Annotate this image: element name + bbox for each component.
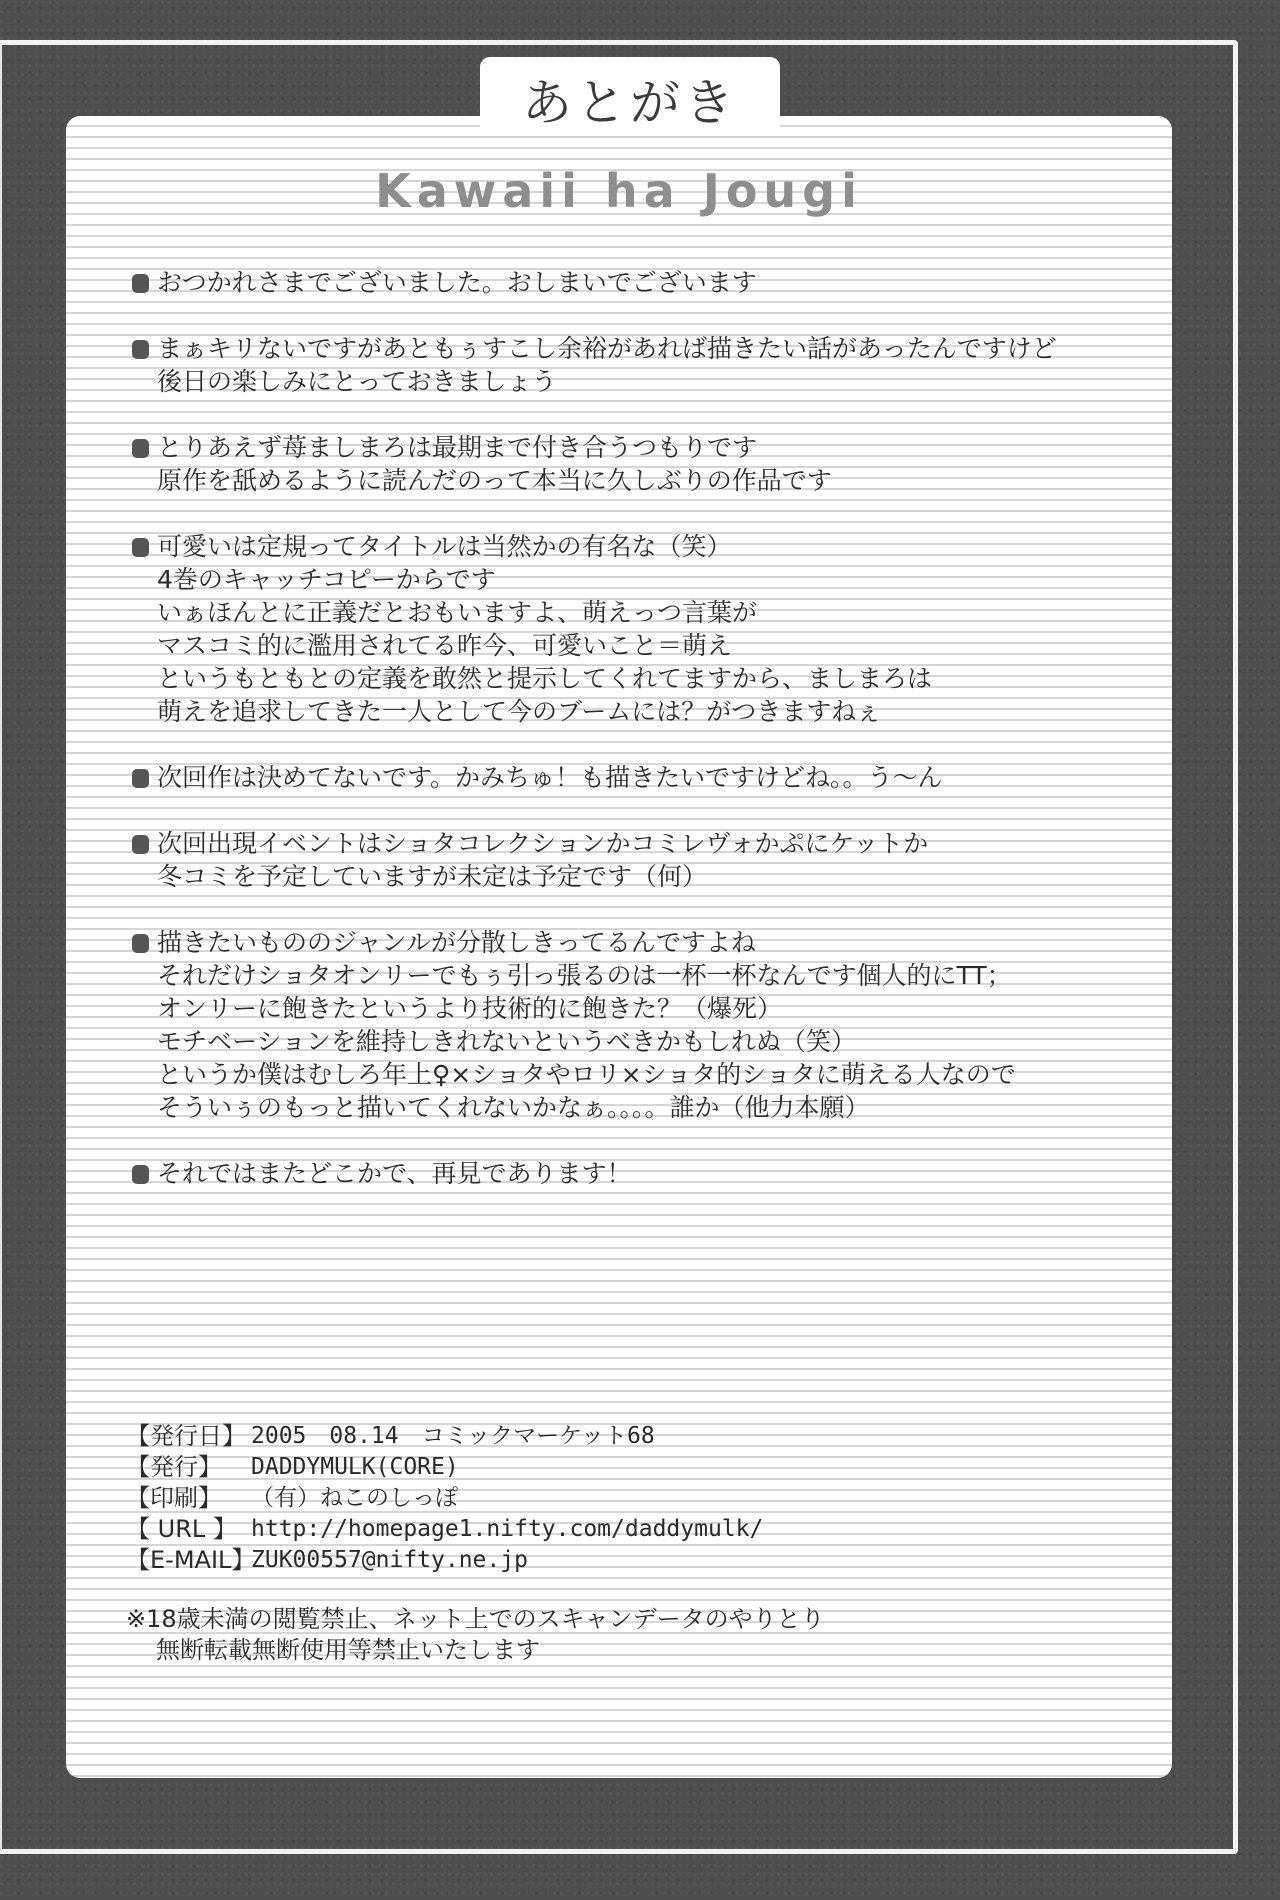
legal-notice: ※18歳未満の閲覧禁止、ネット上でのスキャンデータのやりとり 無断転載無断使用等… [126, 1604, 1026, 1666]
text-line: モチベーションを維持しきれないというべきかもしれぬ（笑） [132, 1025, 1152, 1058]
text-line: そういぅのもっと描いてくれないかなぁ。。。。誰か（他力本願） [132, 1091, 1152, 1124]
text-line: それではまたどこかで、再見であります！ [132, 1157, 1152, 1190]
text-line: 可愛いは定規ってタイトルは当然かの有名な（笑） [132, 530, 1152, 563]
colophon-row-email: 【E-MAIL】 ZUK00557@nifty.ne.jp [126, 1545, 1026, 1576]
text-line: マスコミ的に濫用されてる昨今、可愛いこと＝萌え [132, 629, 1152, 662]
paragraph: 描きたいもののジャンルが分散しきってるんですよね それだけショタオンリーでもぅ引… [132, 926, 1152, 1124]
colophon-label: 【発行日】 [126, 1421, 251, 1452]
paragraph: とりあえず苺ましまろは最期まで付き合うつもりです 原作を舐めるように読んだのって… [132, 431, 1152, 497]
colophon-row-publisher: 【発行】 DADDYMULK(CORE) [126, 1452, 1026, 1483]
tab-title: あとがき [522, 63, 738, 135]
afterword-body: おつかれさまでございました。おしまいでございます まぁキリないですがあともぅすこ… [132, 266, 1152, 1223]
paragraph: おつかれさまでございました。おしまいでございます [132, 266, 1152, 299]
notice-line: 無断転載無断使用等禁止いたします [126, 1635, 1026, 1666]
paragraph: 可愛いは定規ってタイトルは当然かの有名な（笑） 4巻のキャッチコピーからです い… [132, 530, 1152, 728]
text-line: 原作を舐めるように読んだのって本当に久しぶりの作品です [132, 464, 1152, 497]
colophon-row-url: 【 URL 】 http://homepage1.nifty.com/daddy… [126, 1514, 1026, 1545]
text-line: オンリーに飽きたというより技術的に飽きた？（爆死） [132, 992, 1152, 1025]
text-line: 描きたいもののジャンルが分散しきってるんですよね [132, 926, 1152, 959]
text-line: というもともとの定義を敢然と提示してくれてますから、ましまろは [132, 662, 1152, 695]
text-line: というか僕はむしろ年上♀×ショタやロリ×ショタ的ショタに萌える人なので [132, 1058, 1152, 1091]
text-line: おつかれさまでございました。おしまいでございます [132, 266, 1152, 299]
text-line: 4巻のキャッチコピーからです [132, 563, 1152, 596]
colophon-url: http://homepage1.nifty.com/daddymulk/ [251, 1514, 763, 1545]
colophon-row-printer: 【印刷】 （有）ねこのしっぽ [126, 1483, 1026, 1514]
colophon-row-date: 【発行日】 2005 08.14 コミックマーケット68 [126, 1421, 1026, 1452]
colophon-label: 【 URL 】 [126, 1514, 251, 1545]
colophon: 【発行日】 2005 08.14 コミックマーケット68 【発行】 DADDYM… [126, 1421, 1026, 1576]
bullet-icon [132, 934, 149, 953]
colophon-value: DADDYMULK(CORE) [251, 1452, 459, 1483]
notice-line: ※18歳未満の閲覧禁止、ネット上でのスキャンデータのやりとり [126, 1604, 1026, 1635]
colophon-value: 2005 08.14 コミックマーケット68 [251, 1421, 655, 1452]
bullet-icon [132, 1165, 149, 1184]
ruled-paper-panel: Kawaii ha Jougi おつかれさまでございました。おしまいでございます… [66, 116, 1172, 1778]
bullet-icon [132, 274, 149, 293]
bullet-icon [132, 439, 149, 458]
text-line: 次回作は決めてないです。かみちゅ！も描きたいですけどね。。う～ん [132, 761, 1152, 794]
text-line: それだけショタオンリーでもぅ引っ張るのは一杯一杯なんです個人的にTT； [132, 959, 1152, 992]
colophon-label: 【発行】 [126, 1452, 251, 1483]
text-line: まぁキリないですがあともぅすこし余裕があれば描きたい話があったんですけど [132, 332, 1152, 365]
bullet-icon [132, 340, 149, 359]
afterword-tab: あとがき [480, 57, 780, 127]
text-line: 次回出現イベントはショタコレクションかコミレヴォかぷにケットか [132, 827, 1152, 860]
text-line: いぁほんとに正義だとおもいますよ、萌えっつ言葉が [132, 596, 1152, 629]
colophon-value: （有）ねこのしっぽ [251, 1483, 458, 1514]
paragraph: 次回出現イベントはショタコレクションかコミレヴォかぷにケットか 冬コミを予定して… [132, 827, 1152, 893]
text-line: とりあえず苺ましまろは最期まで付き合うつもりです [132, 431, 1152, 464]
bullet-icon [132, 538, 149, 557]
colophon-email: ZUK00557@nifty.ne.jp [251, 1545, 528, 1576]
text-line: 後日の楽しみにとっておきましょう [132, 365, 1152, 398]
paragraph: 次回作は決めてないです。かみちゅ！も描きたいですけどね。。う～ん [132, 761, 1152, 794]
paragraph: まぁキリないですがあともぅすこし余裕があれば描きたい話があったんですけど 後日の… [132, 332, 1152, 398]
text-line: 萌えを追求してきた一人として今のブームには？がつきますねぇ [132, 695, 1152, 728]
colophon-label: 【印刷】 [126, 1483, 251, 1514]
paragraph: それではまたどこかで、再見であります！ [132, 1157, 1152, 1190]
text-line: 冬コミを予定していますが未定は予定です（何） [132, 860, 1152, 893]
document-title: Kawaii ha Jougi [66, 164, 1172, 218]
bullet-icon [132, 835, 149, 854]
colophon-label: 【E-MAIL】 [126, 1545, 251, 1576]
bullet-icon [132, 769, 149, 788]
